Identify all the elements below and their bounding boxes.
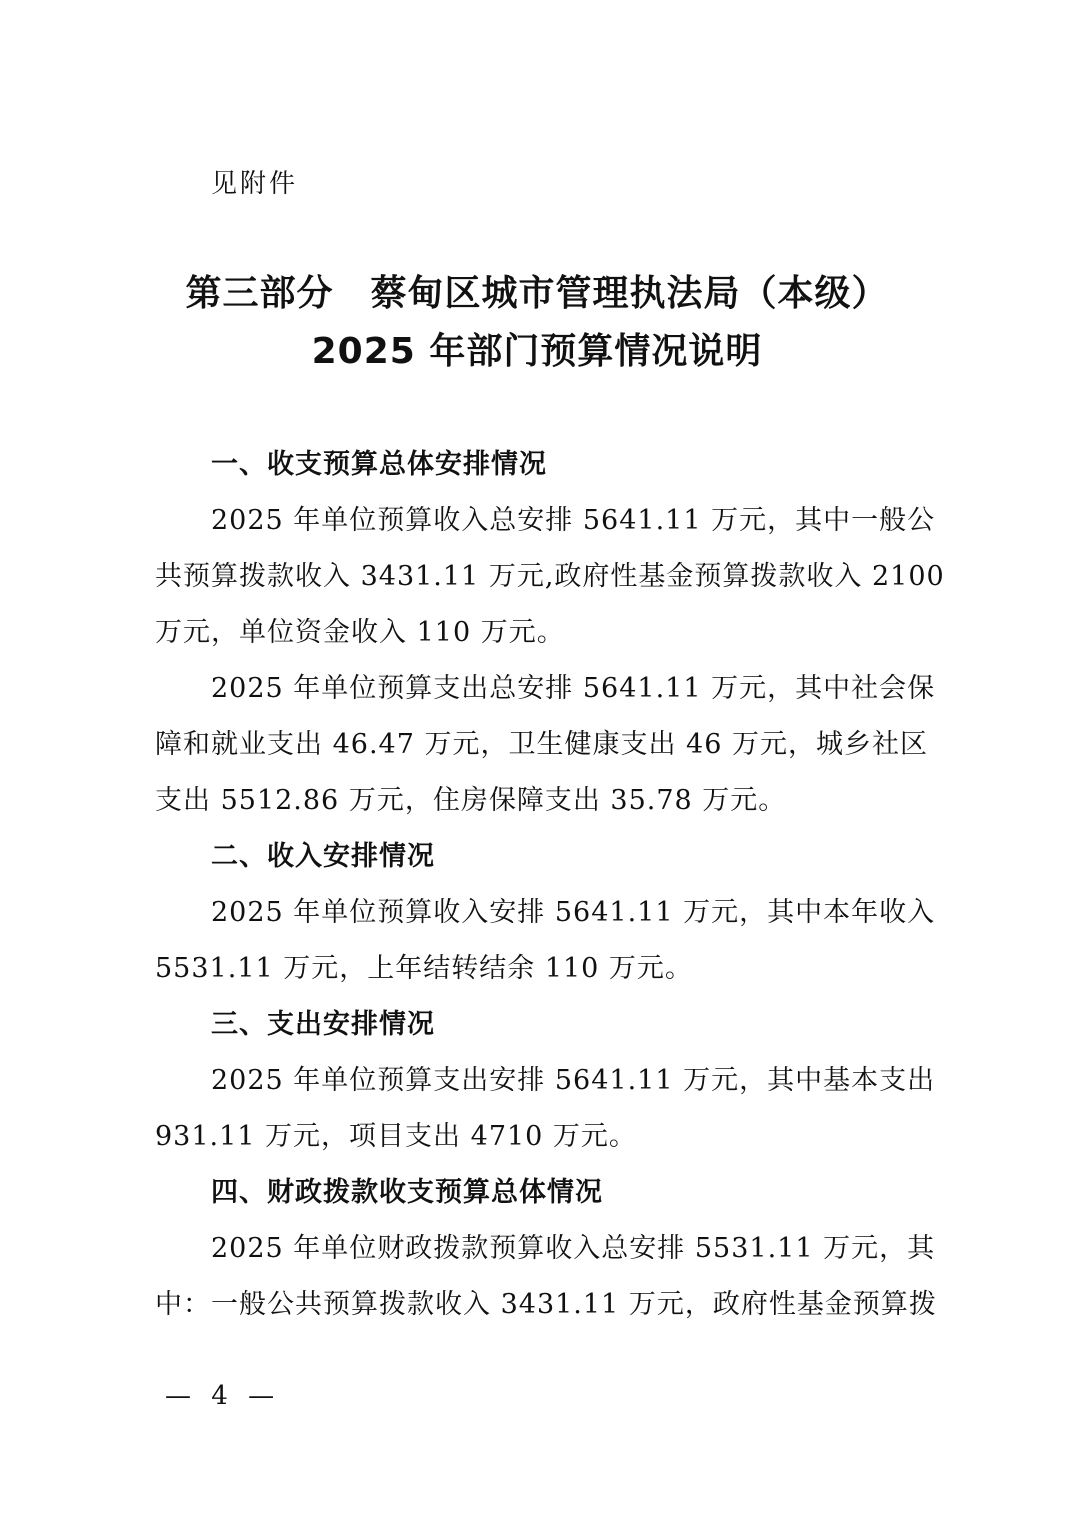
paragraph-line: 5531.11 万元，上年结转结余 110 万元。 (155, 949, 920, 989)
paragraph-line: 931.11 万元，项目支出 4710 万元。 (155, 1117, 920, 1157)
paragraph-line: 共预算拨款收入 3431.11 万元,政府性基金预算拨款收入 2100 (155, 557, 920, 597)
section-heading-4: 四、财政拨款收支预算总体情况 (211, 1173, 920, 1213)
page-number: — 4 — (165, 1376, 280, 1416)
paragraph-line: 中：一般公共预算拨款收入 3431.11 万元，政府性基金预算拨 (155, 1285, 920, 1325)
section-heading-2: 二、收入安排情况 (211, 837, 920, 877)
title-line-1: 第三部分 蔡甸区城市管理执法局（本级） (0, 269, 1074, 319)
paragraph-line: 万元，单位资金收入 110 万元。 (155, 613, 920, 653)
paragraph-line: 支出 5512.86 万元，住房保障支出 35.78 万元。 (155, 781, 920, 821)
attachment-note: 见附件 (211, 164, 298, 204)
paragraph-line: 2025 年单位预算收入总安排 5641.11 万元，其中一般公 (211, 501, 920, 541)
paragraph-line: 2025 年单位预算支出总安排 5641.11 万元，其中社会保 (211, 669, 920, 709)
paragraph-line: 2025 年单位预算支出安排 5641.11 万元，其中基本支出 (211, 1061, 920, 1101)
section-heading-1: 一、收支预算总体安排情况 (211, 445, 920, 485)
paragraph-line: 2025 年单位预算收入安排 5641.11 万元，其中本年收入 (211, 893, 920, 933)
title-line-2: 2025 年部门预算情况说明 (0, 327, 1074, 377)
paragraph-line: 2025 年单位财政拨款预算收入总安排 5531.11 万元，其 (211, 1229, 920, 1269)
paragraph-line: 障和就业支出 46.47 万元，卫生健康支出 46 万元，城乡社区 (155, 725, 920, 765)
section-heading-3: 三、支出安排情况 (211, 1005, 920, 1045)
document-page: 见附件 第三部分 蔡甸区城市管理执法局（本级） 2025 年部门预算情况说明 一… (0, 0, 1074, 1520)
